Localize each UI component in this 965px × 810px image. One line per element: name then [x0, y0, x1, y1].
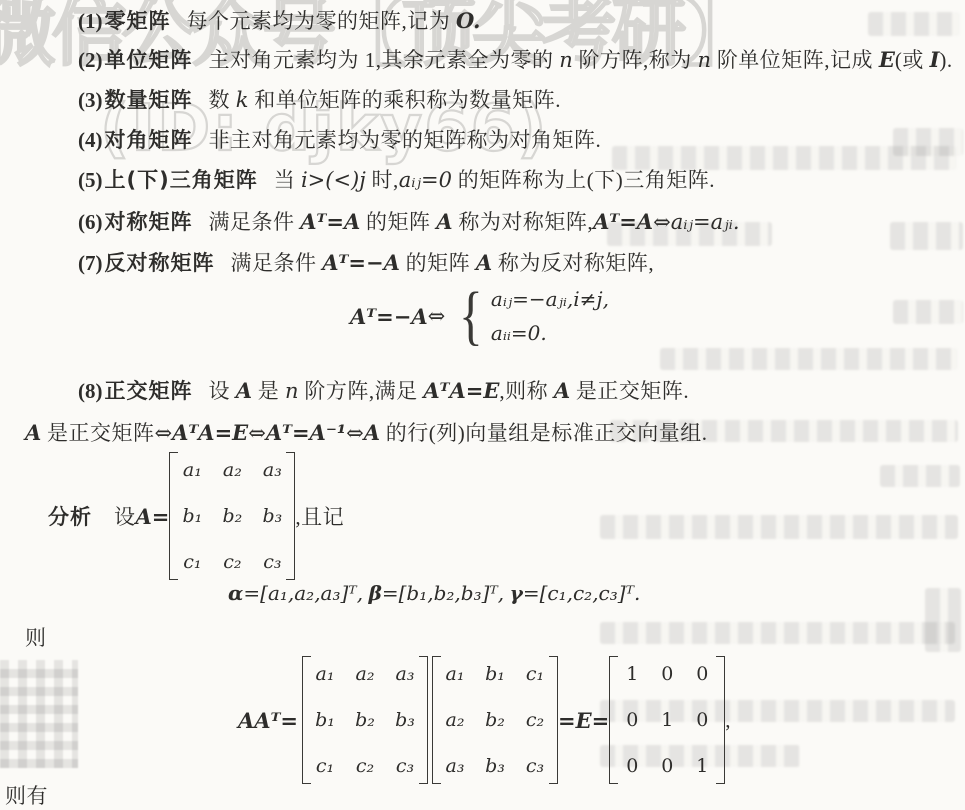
- matrix-cell: b₂: [222, 505, 242, 527]
- text-run: γ: [510, 581, 523, 605]
- definition-number: (3): [78, 88, 103, 112]
- text-run: 是: [252, 379, 285, 403]
- definition-term: 对称矩阵: [105, 210, 193, 234]
- text-run: A: [476, 250, 492, 275]
- text-run: k: [236, 88, 249, 112]
- definition-number: (4): [78, 128, 103, 152]
- matrix-cell: c₃: [395, 755, 415, 777]
- text-run: =[a₁,a₂,a₃]ᵀ,: [243, 581, 363, 605]
- text-run: =[b₁,b₂,b₃]ᵀ,: [382, 581, 504, 605]
- definition-term: 数量矩阵: [105, 88, 193, 112]
- skew-symmetric-formula: Aᵀ=−A ⇔ { aᵢⱼ=−aⱼᵢ,i≠j, aᵢᵢ=0.: [350, 282, 609, 350]
- text-run: 称为反对称矩阵,: [492, 251, 654, 275]
- matrix-a: a₁a₂a₃b₁b₂b₃c₁c₂c₃: [169, 452, 295, 580]
- bleed-line: [660, 348, 958, 370]
- text-run: ⇔: [346, 421, 364, 445]
- equation-mid: =E=: [558, 708, 609, 733]
- text-run: 非主对角元素均为零的矩阵称为对角矩阵.: [209, 128, 602, 152]
- iff-arrow: ⇔: [428, 304, 446, 328]
- definition-term: 反对称矩阵: [105, 251, 215, 275]
- text-run: ⇔: [155, 421, 173, 445]
- text-run: Aᵀ=A⁻¹: [266, 420, 346, 445]
- matrix-cell: c₂: [525, 709, 545, 731]
- bleed-line: [600, 622, 955, 644]
- matrix-cell: b₂: [355, 709, 375, 731]
- matrix-cell: 1: [657, 709, 677, 731]
- text-run: 阶方阵,称为: [573, 48, 698, 72]
- matrix-cell: 1: [692, 755, 712, 777]
- text-run: 是正交矩阵: [41, 421, 154, 445]
- text-run: I: [930, 47, 940, 72]
- text-run: aᵢⱼ=0: [399, 168, 452, 192]
- definition-item-4: (4)对角矩阵非主对角元素均为零的矩阵称为对角矩阵.: [78, 127, 601, 153]
- skew-formula-cases: aᵢⱼ=−aⱼᵢ,i≠j, aᵢᵢ=0.: [491, 282, 609, 350]
- matrix-cell: a₃: [395, 663, 415, 685]
- analysis-a-equals: A=: [136, 504, 170, 529]
- matrix-cell: c₂: [355, 755, 375, 777]
- text-run: Aᵀ=−A: [322, 250, 400, 275]
- definition-term: 对角矩阵: [105, 128, 193, 152]
- text-run: =[c₁,c₂,c₃]ᵀ.: [523, 581, 641, 605]
- equation-tail-comma: ,: [725, 708, 731, 733]
- definition-item-1: (1)零矩阵每个元素均为零的矩阵,记为 O.: [78, 8, 480, 34]
- matrix-cell: b₃: [485, 755, 505, 777]
- bleed-line: [868, 12, 960, 36]
- text-run: A: [236, 378, 252, 403]
- matrix-cell: 0: [622, 755, 642, 777]
- matrix-cell: a₂: [222, 459, 242, 481]
- text-run: 满足条件: [209, 210, 301, 234]
- text-run: aᵢⱼ=aⱼᵢ.: [671, 210, 740, 234]
- main-equation: AAᵀ= a₁a₂a₃b₁b₂b₃c₁c₂c₃ a₁b₁c₁a₂b₂c₂a₃b₃…: [238, 656, 731, 784]
- definition-term: 正交矩阵: [105, 379, 193, 403]
- text-run: 的矩阵: [360, 210, 436, 234]
- definition-term: 上(下)三角矩阵: [105, 168, 258, 192]
- identity-matrix: 100010001: [609, 656, 725, 784]
- definition-number: (7): [78, 251, 103, 275]
- text-run: 和单位矩阵的乘积称为数量矩阵.: [248, 88, 561, 112]
- matrix-cell: c₃: [262, 551, 282, 573]
- matrix-cell: 0: [657, 663, 677, 685]
- definition-item-7: (7)反对称矩阵满足条件 Aᵀ=−A 的矩阵 A 称为反对称矩阵,: [78, 250, 654, 276]
- matrix-a: a₁a₂a₃b₁b₂b₃c₁c₂c₃: [302, 656, 428, 784]
- matrix-cell: b₃: [262, 505, 282, 527]
- text-run: (或: [895, 48, 930, 72]
- text-run: ,则称: [499, 379, 554, 403]
- matrix-cell: a₁: [315, 663, 335, 685]
- text-run: 时,: [366, 168, 399, 192]
- text-run: Aᵀ=A: [300, 209, 360, 234]
- matrix-cell: c₂: [222, 551, 242, 573]
- matrix-cell: b₁: [485, 663, 505, 685]
- definition-term: 零矩阵: [105, 9, 171, 33]
- qr-code-bleed: [0, 660, 78, 768]
- bleed-line: [600, 515, 958, 539]
- text-run: 设: [209, 379, 236, 403]
- bleed-line: [880, 465, 960, 487]
- text-run: 的矩阵: [400, 251, 476, 275]
- text-run: α: [228, 581, 243, 605]
- text-run: n: [285, 379, 299, 403]
- matrix-cell: a₃: [262, 459, 282, 481]
- text-run: ).: [939, 48, 952, 72]
- text-run: n: [698, 48, 712, 72]
- analysis-block: 分析 设 A= a₁a₂a₃b₁b₂b₃c₁c₂c₃ ,且记: [48, 452, 344, 580]
- matrix-cell: 1: [622, 663, 642, 685]
- text-run: AᵀA=E: [423, 378, 499, 403]
- skew-case-1: aᵢⱼ=−aⱼᵢ,i≠j,: [491, 282, 609, 316]
- orthogonality-equivalence-line: A 是正交矩阵⇔AᵀA=E⇔Aᵀ=A⁻¹⇔A 的行(列)向量组是标准正交向量组.: [25, 420, 708, 446]
- analysis-label: 分析: [48, 501, 92, 531]
- text-run: β: [369, 581, 382, 605]
- page-root: 微信公众号【顶尖考研】 (ID: djky66) (1)零矩阵每个元素均为零的矩…: [0, 0, 965, 810]
- matrix-cell: a₁: [445, 663, 465, 685]
- matrix-cell: 0: [622, 709, 642, 731]
- matrix-cell: a₂: [355, 663, 375, 685]
- text-run: O.: [456, 8, 480, 33]
- matrix-cell: a₃: [445, 755, 465, 777]
- text-run: i>(<)j: [301, 168, 366, 192]
- text-run: 阶单位矩阵,记成: [711, 48, 879, 72]
- definition-item-3: (3)数量矩阵数 k 和单位矩阵的乘积称为数量矩阵.: [78, 87, 561, 113]
- matrix-cell: b₃: [395, 709, 415, 731]
- equation-lhs: AAᵀ=: [238, 708, 298, 733]
- definition-item-8: (8)正交矩阵设 A 是 n 阶方阵,满足 AᵀA=E,则称 A 是正交矩阵.: [78, 378, 689, 404]
- text-run: ⇔: [248, 421, 266, 445]
- then-label: 则: [25, 625, 47, 651]
- analysis-pre-text: 设: [114, 501, 136, 531]
- text-run: 每个元素均为零的矩阵,记为: [187, 9, 457, 33]
- definition-item-6: (6)对称矩阵满足条件 Aᵀ=A 的矩阵 A 称为对称矩阵,Aᵀ=A⇔aᵢⱼ=a…: [78, 209, 740, 235]
- matrix-cell: b₁: [315, 709, 335, 731]
- definition-term: 单位矩阵: [105, 48, 193, 72]
- text-run: A: [554, 378, 570, 403]
- text-run: ⇔: [653, 210, 671, 234]
- matrix-cell: c₁: [315, 755, 335, 777]
- matrix-a-transpose: a₁b₁c₁a₂b₂c₂a₃b₃c₃: [432, 656, 558, 784]
- definition-number: (2): [78, 48, 103, 72]
- text-run: 满足条件: [231, 251, 323, 275]
- matrix-cell: c₃: [525, 755, 545, 777]
- text-run: 主对角元素均为 1,其余元素全为零的: [209, 48, 560, 72]
- matrix-cell: c₁: [525, 663, 545, 685]
- bleed-line: [890, 222, 963, 250]
- text-run: 的矩阵称为上(下)三角矩阵.: [452, 168, 715, 192]
- text-run: E: [879, 47, 895, 72]
- matrix-cell: b₂: [485, 709, 505, 731]
- text-run: 是正交矩阵.: [570, 379, 689, 403]
- vector-definitions-line: α=[a₁,a₂,a₃]ᵀ, β=[b₁,b₂,b₃]ᵀ, γ=[c₁,c₂,c…: [228, 580, 640, 607]
- matrix-cell: a₂: [445, 709, 465, 731]
- definition-number: (1): [78, 9, 103, 33]
- text-run: n: [559, 48, 573, 72]
- text-run: 阶方阵,满足: [299, 379, 424, 403]
- text-run: A: [364, 420, 380, 445]
- skew-formula-lhs: Aᵀ=−A: [350, 304, 428, 329]
- text-run: 当: [274, 168, 301, 192]
- matrix-cell: b₁: [182, 505, 202, 527]
- text-run: Aᵀ=A: [593, 209, 653, 234]
- matrix-cell: 0: [692, 709, 712, 731]
- text-run: 称为对称矩阵,: [453, 210, 594, 234]
- analysis-post-text: ,且记: [295, 501, 344, 531]
- matrix-cell: a₁: [182, 459, 202, 481]
- matrix-cell: c₁: [182, 551, 202, 573]
- text-run: AᵀA=E: [172, 420, 248, 445]
- definition-item-2: (2)单位矩阵主对角元素均为 1,其余元素全为零的 n 阶方阵,称为 n 阶单位…: [78, 47, 953, 73]
- definition-number: (5): [78, 168, 103, 192]
- bleed-line: [893, 300, 963, 324]
- definition-number: (6): [78, 210, 103, 234]
- text-run: 数: [209, 88, 236, 112]
- definition-item-5: (5)上(下)三角矩阵当 i>(<)j 时,aᵢⱼ=0 的矩阵称为上(下)三角矩…: [78, 167, 715, 193]
- then-have-label: 则有: [5, 783, 48, 809]
- text-run: 的行(列)向量组是标准正交向量组.: [380, 421, 708, 445]
- definition-number: (8): [78, 379, 103, 403]
- text-run: A: [436, 209, 452, 234]
- curly-brace: {: [459, 283, 483, 349]
- matrix-cell: 0: [657, 755, 677, 777]
- matrix-cell: 0: [692, 663, 712, 685]
- skew-case-2: aᵢᵢ=0.: [491, 316, 609, 350]
- text-run: A: [25, 420, 41, 445]
